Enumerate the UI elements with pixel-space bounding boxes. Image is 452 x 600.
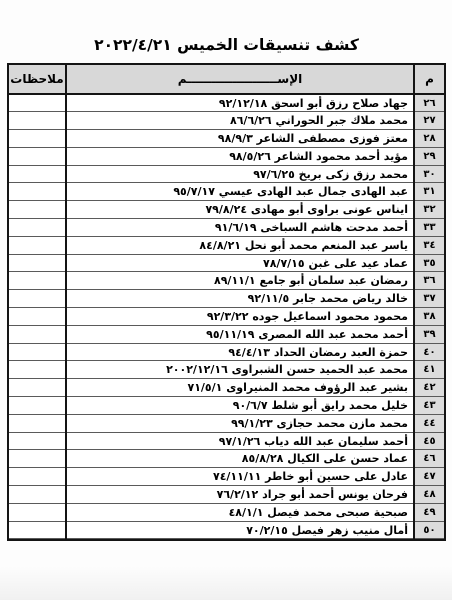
- row-number-cell: ٤٠: [414, 343, 444, 361]
- table-row: ٢٨معتز فوزى مصطفى الشاعر ٩٨/٩/٣: [9, 130, 444, 148]
- row-number-cell: ٣٣: [414, 219, 444, 237]
- row-number-cell: ٤٩: [414, 503, 444, 521]
- column-header-name: الإســــــــــــــــــــــم: [66, 65, 414, 94]
- row-name-cell: صبحية صبحى محمد فيصل ٤٨/١/١: [66, 503, 414, 521]
- row-number-cell: ٢٦: [414, 94, 444, 112]
- table-row: ٤٠حمزة العبد رمضان الحداد ٩٤/٤/١٣: [9, 343, 444, 361]
- row-notes-cell: [9, 236, 66, 254]
- row-name-cell: عادل على حسين أبو خاطر ٧٤/١١/١١: [66, 468, 414, 486]
- row-name-cell: محمد ملاك جبر الحوراني ٨٦/٦/٢٦: [66, 112, 414, 130]
- row-name-cell: ياسر عبد المنعم محمد أبو نحل ٨٤/٨/٢١: [66, 236, 414, 254]
- scan-shading-artifact: [0, 566, 452, 600]
- row-number-cell: ٤١: [414, 361, 444, 379]
- row-notes-cell: [9, 397, 66, 415]
- row-number-cell: ٣٦: [414, 272, 444, 290]
- table-row: ٣٢ايناس عونى براوى أبو مهادى ٧٩/٨/٢٤: [9, 201, 444, 219]
- row-number-cell: ٥٠: [414, 521, 444, 539]
- row-notes-cell: [9, 521, 66, 539]
- row-name-cell: عماد حسن على الكيال ٨٥/٨/٢٨: [66, 450, 414, 468]
- row-number-cell: ٤٥: [414, 432, 444, 450]
- table-row: ٢٧محمد ملاك جبر الحوراني ٨٦/٦/٢٦: [9, 112, 444, 130]
- row-number-cell: ٣٢: [414, 201, 444, 219]
- row-notes-cell: [9, 486, 66, 504]
- row-notes-cell: [9, 94, 66, 112]
- row-name-cell: أمال منيب زهر فيصل ٧٠/٢/١٥: [66, 521, 414, 539]
- row-name-cell: رمضان عبد سلمان أبو جامع ٨٩/١١/١: [66, 272, 414, 290]
- column-header-notes: ملاحظات: [9, 65, 66, 94]
- table-row: ٢٦جهاد صلاح رزق أبو اسحق ٩٢/١٢/١٨: [9, 94, 444, 112]
- row-number-cell: ٣٧: [414, 290, 444, 308]
- row-name-cell: محمد رزق زكى بريخ ٩٧/٦/٢٥: [66, 165, 414, 183]
- roster-table: م الإســــــــــــــــــــــم ملاحظات ٢٦…: [9, 65, 444, 539]
- row-number-cell: ٣٠: [414, 165, 444, 183]
- row-name-cell: محمد عبد الحميد حسن الشبراوى ٢٠٠٢/١٢/١٦: [66, 361, 414, 379]
- row-number-cell: ٤٦: [414, 450, 444, 468]
- row-name-cell: أحمد محمد عبد الله المصرى ٩٥/١١/١٩: [66, 325, 414, 343]
- table-row: ٤٢بشير عبد الرؤوف محمد المنيراوى ٧١/٥/١: [9, 379, 444, 397]
- row-notes-cell: [9, 343, 66, 361]
- row-notes-cell: [9, 165, 66, 183]
- table-row: ٤٥أحمد سليمان عبد الله دياب ٩٧/١/٢٦: [9, 432, 444, 450]
- table-row: ٣٧خالد رياض محمد جابر ٩٢/١١/٥: [9, 290, 444, 308]
- table-row: ٥٠أمال منيب زهر فيصل ٧٠/٢/١٥: [9, 521, 444, 539]
- row-number-cell: ٤٣: [414, 397, 444, 415]
- row-notes-cell: [9, 308, 66, 326]
- row-name-cell: جهاد صلاح رزق أبو اسحق ٩٢/١٢/١٨: [66, 94, 414, 112]
- row-number-cell: ٣٤: [414, 236, 444, 254]
- table-row: ٣٠محمد رزق زكى بريخ ٩٧/٦/٢٥: [9, 165, 444, 183]
- row-name-cell: فرحان يونس أحمد أبو جراد ٧٦/٢/١٢: [66, 486, 414, 504]
- row-notes-cell: [9, 450, 66, 468]
- table-row: ٤٨فرحان يونس أحمد أبو جراد ٧٦/٢/١٢: [9, 486, 444, 504]
- row-name-cell: محمد مازن محمد حجازى ٩٩/١/٢٣: [66, 414, 414, 432]
- row-name-cell: محمود محمود اسماعيل جوده ٩٢/٣/٢٢: [66, 308, 414, 326]
- row-name-cell: خالد رياض محمد جابر ٩٢/١١/٥: [66, 290, 414, 308]
- row-number-cell: ٢٨: [414, 130, 444, 148]
- row-number-cell: ٣١: [414, 183, 444, 201]
- roster-table-frame: م الإســــــــــــــــــــــم ملاحظات ٢٦…: [7, 63, 446, 541]
- row-number-cell: ٤٧: [414, 468, 444, 486]
- row-notes-cell: [9, 272, 66, 290]
- column-header-number: م: [414, 65, 444, 94]
- row-notes-cell: [9, 414, 66, 432]
- table-body: ٢٦جهاد صلاح رزق أبو اسحق ٩٢/١٢/١٨٢٧محمد …: [9, 94, 444, 539]
- row-number-cell: ٣٥: [414, 254, 444, 272]
- table-row: ٣٤ياسر عبد المنعم محمد أبو نحل ٨٤/٨/٢١: [9, 236, 444, 254]
- table-row: ٤١محمد عبد الحميد حسن الشبراوى ٢٠٠٢/١٢/١…: [9, 361, 444, 379]
- row-notes-cell: [9, 379, 66, 397]
- row-notes-cell: [9, 183, 66, 201]
- row-notes-cell: [9, 503, 66, 521]
- row-name-cell: عبد الهادى جمال عبد الهادى عيسي ٩٥/٧/١٧: [66, 183, 414, 201]
- table-row: ٣٣أحمد مدحت هاشم السباخى ٩١/٦/١٩: [9, 219, 444, 237]
- row-number-cell: ٢٧: [414, 112, 444, 130]
- row-notes-cell: [9, 468, 66, 486]
- table-row: ٣٩أحمد محمد عبد الله المصرى ٩٥/١١/١٩: [9, 325, 444, 343]
- row-notes-cell: [9, 201, 66, 219]
- row-name-cell: حمزة العبد رمضان الحداد ٩٤/٤/١٣: [66, 343, 414, 361]
- row-name-cell: بشير عبد الرؤوف محمد المنيراوى ٧١/٥/١: [66, 379, 414, 397]
- table-row: ٢٩مؤيد أحمد محمود الشاعر ٩٨/٥/٢٦: [9, 147, 444, 165]
- row-notes-cell: [9, 130, 66, 148]
- row-number-cell: ٣٩: [414, 325, 444, 343]
- row-number-cell: ٤٨: [414, 486, 444, 504]
- scanned-document-page: { "title": "كشف تنسيقات الخميس ٢٠٢٢/٤/٢١…: [0, 0, 452, 600]
- table-row: ٤٧عادل على حسين أبو خاطر ٧٤/١١/١١: [9, 468, 444, 486]
- table-row: ٤٩صبحية صبحى محمد فيصل ٤٨/١/١: [9, 503, 444, 521]
- table-row: ٤٦عماد حسن على الكيال ٨٥/٨/٢٨: [9, 450, 444, 468]
- table-row: ٤٣خليل محمد رايق أبو شلط ٩٠/٦/٧: [9, 397, 444, 415]
- row-notes-cell: [9, 432, 66, 450]
- table-header: م الإســــــــــــــــــــــم ملاحظات: [9, 65, 444, 94]
- table-row: ٤٤محمد مازن محمد حجازى ٩٩/١/٢٣: [9, 414, 444, 432]
- table-row: ٣٥عماد عيد على غبن ٧٨/٧/١٥: [9, 254, 444, 272]
- row-notes-cell: [9, 254, 66, 272]
- row-name-cell: ايناس عونى براوى أبو مهادى ٧٩/٨/٢٤: [66, 201, 414, 219]
- row-name-cell: معتز فوزى مصطفى الشاعر ٩٨/٩/٣: [66, 130, 414, 148]
- row-name-cell: أحمد مدحت هاشم السباخى ٩١/٦/١٩: [66, 219, 414, 237]
- row-notes-cell: [9, 112, 66, 130]
- row-name-cell: خليل محمد رايق أبو شلط ٩٠/٦/٧: [66, 397, 414, 415]
- row-number-cell: ٢٩: [414, 147, 444, 165]
- row-notes-cell: [9, 219, 66, 237]
- page-title: كشف تنسيقات الخميس ٢٠٢٢/٤/٢١: [7, 36, 446, 54]
- row-notes-cell: [9, 290, 66, 308]
- row-name-cell: مؤيد أحمد محمود الشاعر ٩٨/٥/٢٦: [66, 147, 414, 165]
- table-row: ٣٨محمود محمود اسماعيل جوده ٩٢/٣/٢٢: [9, 308, 444, 326]
- row-notes-cell: [9, 325, 66, 343]
- row-number-cell: ٤٤: [414, 414, 444, 432]
- row-number-cell: ٣٨: [414, 308, 444, 326]
- row-notes-cell: [9, 361, 66, 379]
- row-number-cell: ٤٢: [414, 379, 444, 397]
- row-notes-cell: [9, 147, 66, 165]
- table-row: ٣١عبد الهادى جمال عبد الهادى عيسي ٩٥/٧/١…: [9, 183, 444, 201]
- row-name-cell: أحمد سليمان عبد الله دياب ٩٧/١/٢٦: [66, 432, 414, 450]
- row-name-cell: عماد عيد على غبن ٧٨/٧/١٥: [66, 254, 414, 272]
- table-row: ٣٦رمضان عبد سلمان أبو جامع ٨٩/١١/١: [9, 272, 444, 290]
- header-row: م الإســــــــــــــــــــــم ملاحظات: [9, 65, 444, 94]
